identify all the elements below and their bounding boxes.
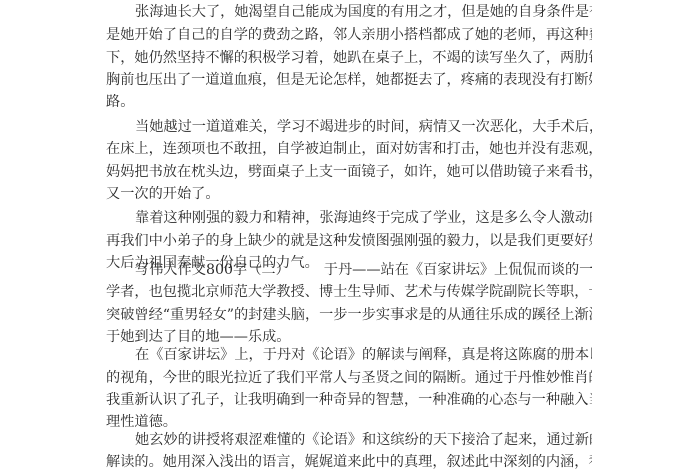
text-line: 在《百家讲坛》上，于丹对《论语》的解读与阐释，真是将这陈腐的册本以自己独到 [135, 344, 592, 366]
text-line: 学者，也包揽北京师范大学教授、博士生导师、艺术与传媒学院副院长等职，一个女人能 [106, 281, 592, 303]
section-heading-line: 写伟人作文800字（二）于丹——站在《百家讲坛》上侃侃而谈的一位著名文化 [135, 259, 592, 281]
heading-paragraph-start: 于丹——站在《百家讲坛》上侃侃而谈的一位著名文化 [324, 262, 592, 278]
text-line: 是她开始了自己的自学的费劲之路，邻人亲朋小搭档都成了她的老师，再这种费劲的条件 [106, 24, 592, 46]
text-line: 下，她仍然坚持不懈的积极学习着，她趴在桌子上，不竭的读写坐久了，两肋钻心的痛， [106, 47, 592, 69]
text-line: 再我们中小弟子的身上缺少的就是这种发愤图强刚强的毅力，以是我们更要好好学习，长 [106, 230, 592, 252]
text-line: 突破曾经“重男轻女”的封建头脑，一步一步实事求是的从通往乐成的蹊径上渐渐走来，终 [106, 304, 592, 326]
text-line: 路。 [106, 91, 592, 113]
text-line: 张海迪长大了，她渴望自己能成为国度的有用之才，但是她的自身条件是有限的，于 [135, 1, 592, 23]
text-line: 的视角，今世的眼光拉近了我们平常人与圣贤之间的隔断。通过于丹惟妙惟肖的讲授，让 [106, 367, 592, 389]
text-line: 靠着这种刚强的毅力和精神，张海迪终于完成了学业，这是多么令人激动的变乱啊， [135, 207, 592, 229]
text-line: 当她越过一道道难关，学习不竭进步的时间，病情又一次恶化，大手术后，她只能躺 [135, 116, 592, 138]
text-line: 又一次的开始了。 [106, 183, 592, 205]
section-heading: 写伟人作文800字（二） [135, 262, 290, 278]
text-line: 她玄妙的讲授将艰涩难懂的《论语》和这缤纷的天下接洽了起来，通过新的的要领来 [135, 429, 592, 451]
text-line: 胸前也压出了一道道血痕，但是无论怎样，她都挺去了，疼痛的表现没有打断她的自学之 [106, 69, 592, 91]
text-line: 我重新认识了孔子，让我明确到一种奇异的智慧，一种准确的心态与一种融入当今社会的 [106, 389, 592, 411]
text-line: 解读的。她用深入浅出的语言，娓娓道来此中的真理，叙述此中深刻的内涵，看了一整套 [106, 451, 592, 470]
text-line: 妈妈把书放在枕头边，劈面桌子上支一面镜子，如许，她可以借助镜子来看书，自学之路 [106, 161, 592, 183]
text-line: 在床上，连颈项也不敢扭，自学被迫制止，面对妨害和打击，她也并没有悲观，张海迪让 [106, 138, 592, 160]
